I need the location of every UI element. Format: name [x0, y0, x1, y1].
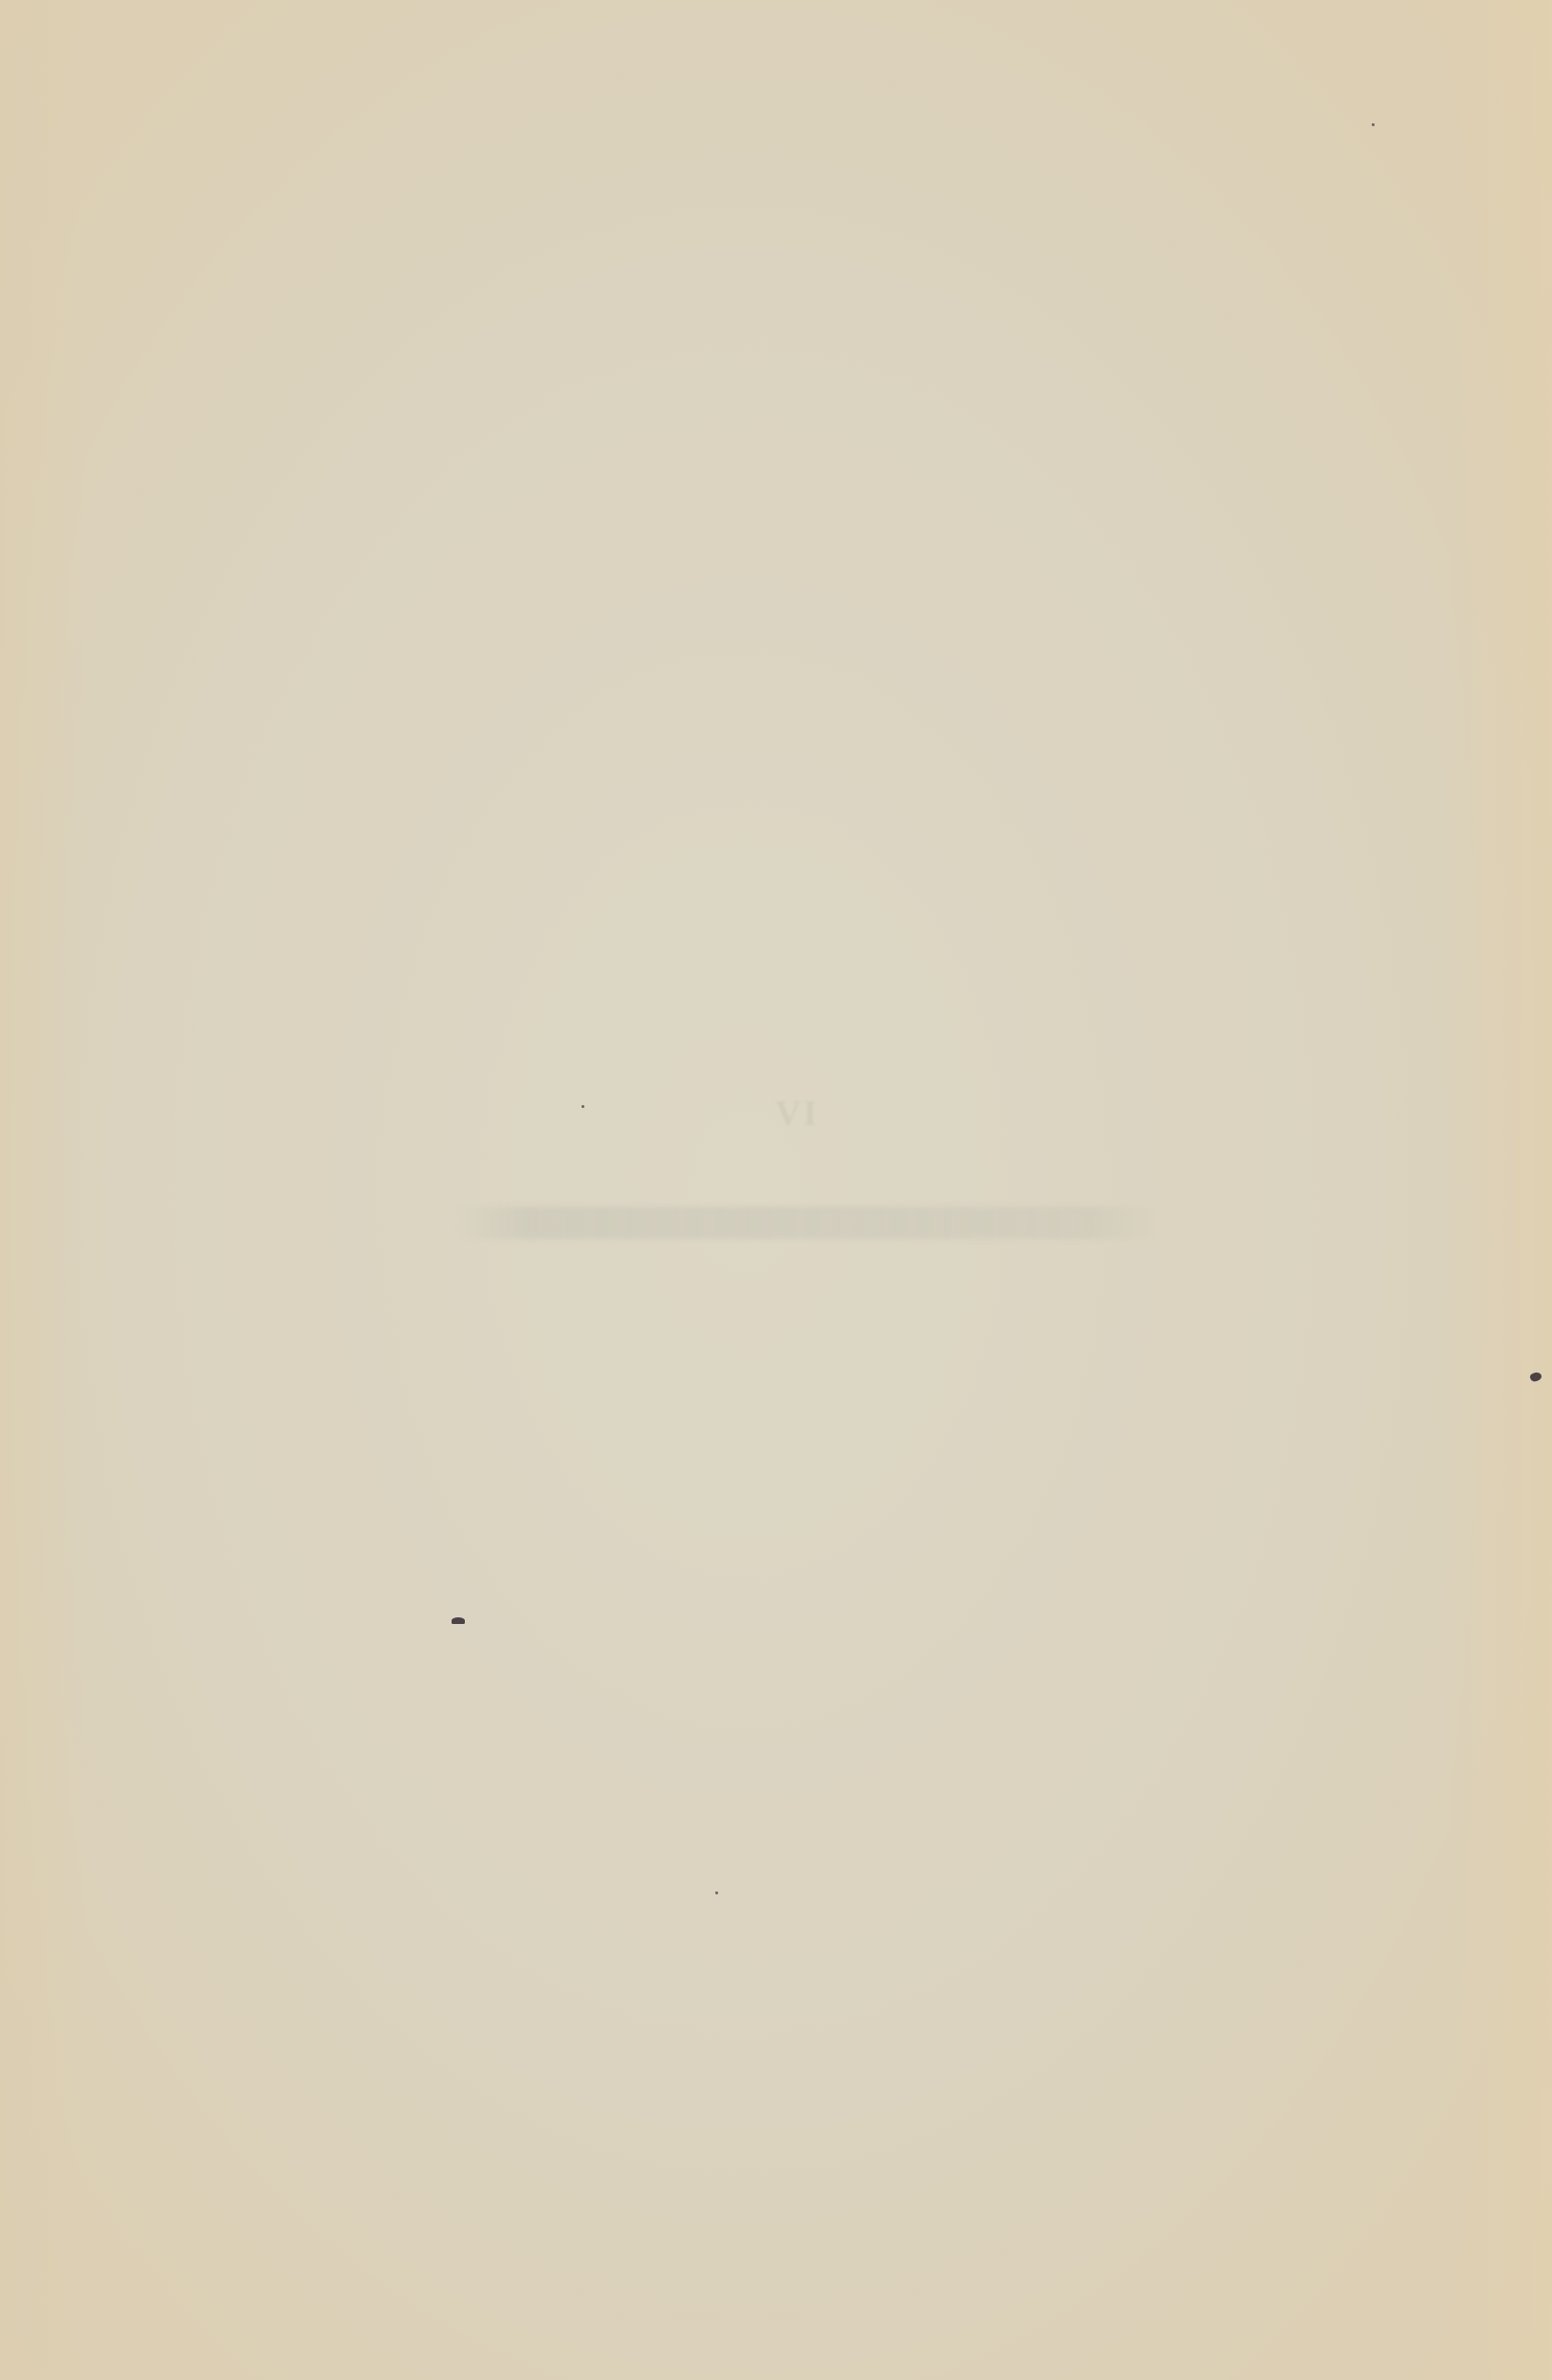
page-edge-right	[1448, 0, 1552, 2380]
chapter-title-bleedthrough	[455, 1207, 1162, 1239]
chapter-heading: VI	[759, 1093, 835, 1135]
ink-speck-lower-left	[452, 1617, 465, 1624]
dot-center	[582, 1105, 584, 1108]
dot-top-right	[1372, 123, 1375, 126]
scanned-page: VI	[0, 0, 1552, 2380]
page-edge-left	[0, 0, 85, 2380]
dot-lower	[715, 1891, 718, 1894]
